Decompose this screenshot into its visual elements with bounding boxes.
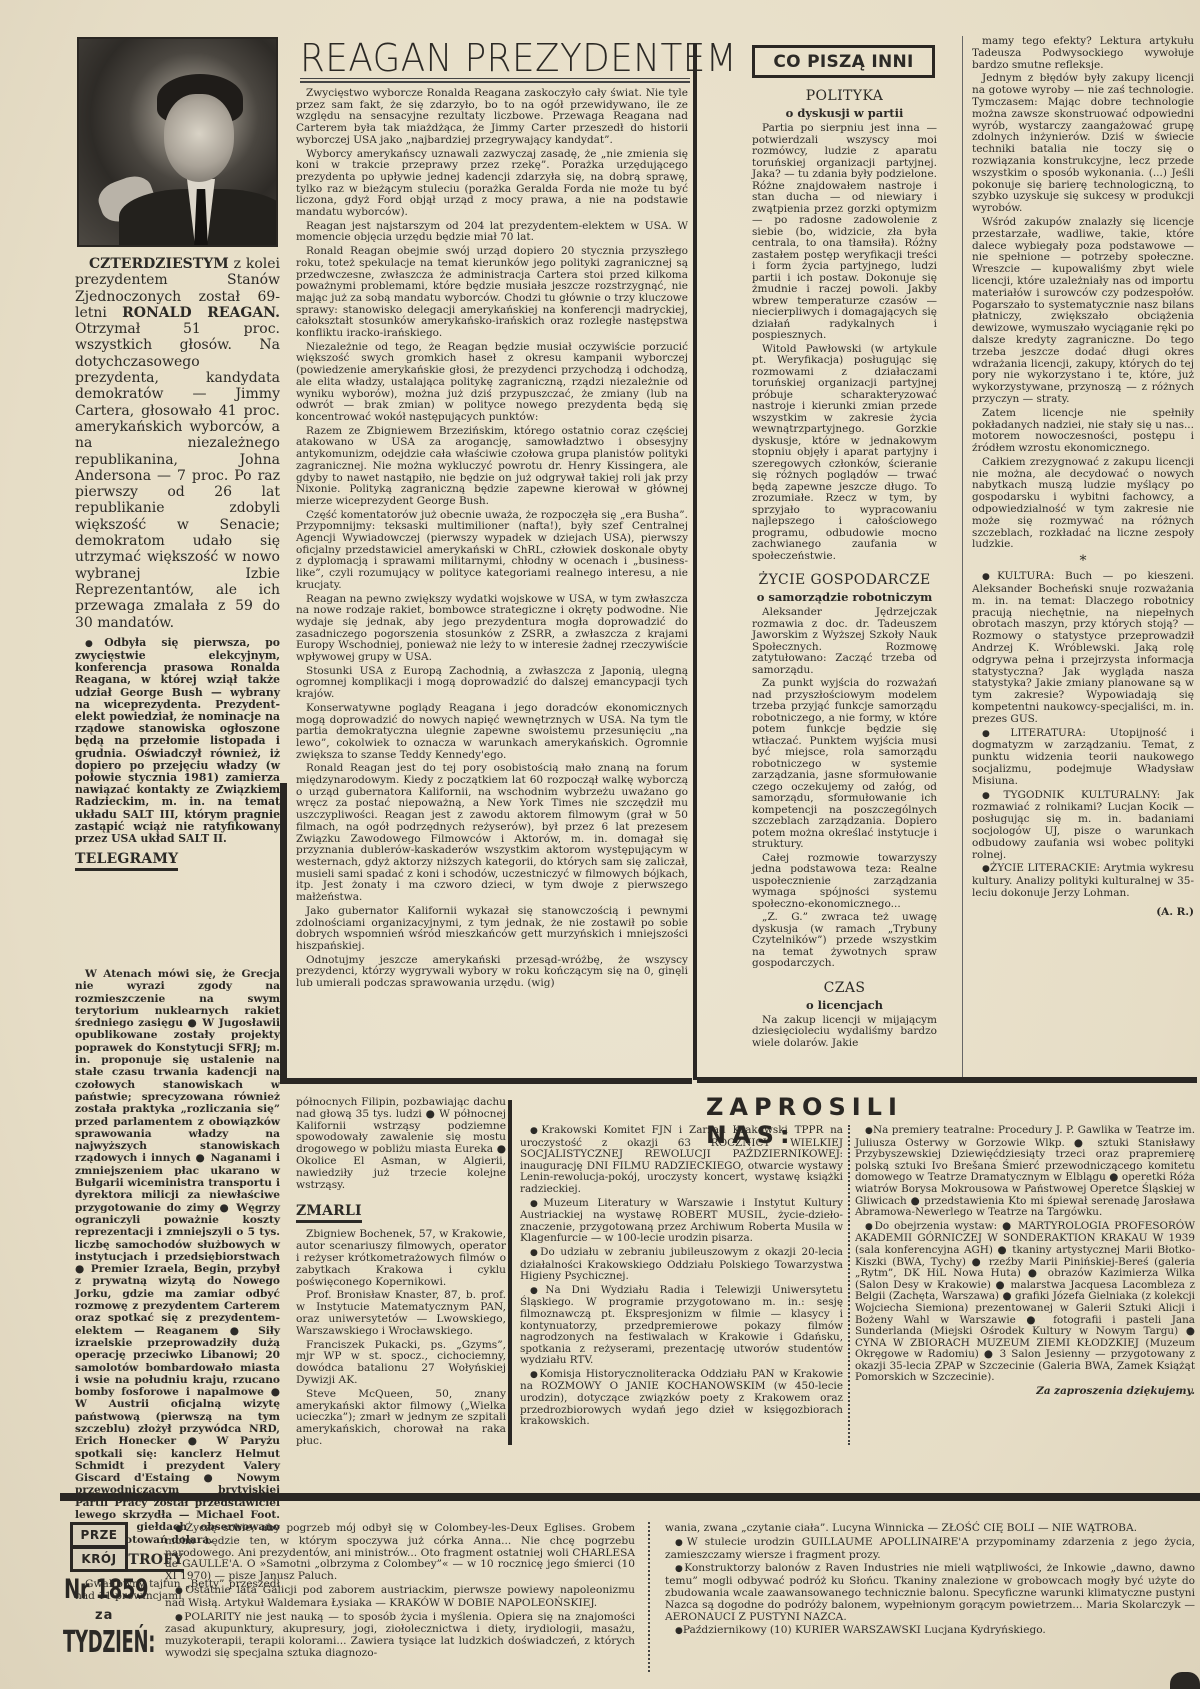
telegramy-heading: TELEGRAMY [75, 851, 178, 871]
issue-item: POLARITY nie jest nauką — to sposób życi… [165, 1612, 635, 1660]
magazine-title: POLITYKA [752, 88, 937, 104]
dotted-divider-bottom [648, 1522, 650, 1672]
review-paragraph: Partia po sierpniu jest inna — potwierdz… [752, 123, 937, 342]
review-paragraph: Jednym z błędów były zakupy licencji na … [972, 73, 1194, 215]
issue-number: Nr 1859 [64, 1574, 129, 1605]
issue-item: Życzę sobie, aby pogrzeb mój odbył się w… [165, 1523, 635, 1583]
magazine-topic: o samorządzie robotniczym [752, 590, 937, 604]
article-box-bottom [280, 1078, 692, 1084]
co-pisza-inni-title: CO PISZĄ INNI [752, 45, 935, 78]
press-note: ŻYCIE LITERACKIE: Arytmia wykresu kultur… [972, 863, 1194, 899]
press-note: TYGODNIK KULTURALNY: Jak rozmawiać z rol… [972, 790, 1194, 862]
obituary-entry: Zbigniew Bochenek, 57, w Krakowie, autor… [296, 1229, 506, 1288]
issue-item: Ostatnie lata Galicji pod zaborem austri… [165, 1585, 635, 1610]
review-paragraph: Całej rozmowie towarzyszy jedna podstawo… [752, 853, 937, 911]
lead-paragraph: CZTERDZIESTYM z kolei prezydentem Stanów… [75, 256, 280, 631]
katastrofy-continued: północnych Filipin, pozbawiając dachu na… [296, 1097, 506, 1191]
article-box-border [280, 783, 287, 1081]
issue-item: W stulecie urodzin GUILLAUME APOLLINAIRE… [665, 1537, 1195, 1562]
article-paragraph: Ronald Reagan jest do tej pory osobistoś… [296, 763, 688, 903]
section-rule [697, 1077, 1197, 1083]
review-paragraph: „Z. G.” zwraca też uwagę dyskusja (w ram… [752, 912, 937, 970]
invitation-item: Krakowski Komitet FJN i Zarząd Krakowski… [520, 1125, 843, 1196]
issue-item: Konstruktorzy balonów z Raven Industries… [665, 1563, 1195, 1623]
left-column: CZTERDZIESTYM z kolei prezydentem Stanów… [75, 256, 280, 877]
article-paragraph: Razem ze Zbigniewem Brzezińskim, którego… [296, 426, 688, 508]
obituary-entry: Steve McQueen, 50, znany amerykański akt… [296, 1389, 506, 1448]
za-label: za [95, 1608, 113, 1623]
zaprosili-thanks: Za zaproszenia dziękujemy. [855, 1386, 1195, 1398]
bottom-section-rule [60, 1493, 1200, 1501]
page-number-mark [1170, 1672, 1200, 1689]
obituary-entry: Franciszek Pukacki, ps. „Gzyms”, mjr WP … [296, 1340, 506, 1387]
zaprosili-column-2: Na premiery teatralne: Procedury J. P. G… [855, 1125, 1195, 1398]
invitation-item: Do obejrzenia wystaw: ● MARTYROLOGIA PRO… [855, 1221, 1195, 1384]
signature: (A. R.) [972, 906, 1194, 918]
review-paragraph: Wśród zakupów znalazły się licencje prze… [972, 217, 1194, 406]
obituary-entry: Prof. Bronisław Knaster, 87, b. prof. w … [296, 1290, 506, 1337]
separator-star: * [972, 553, 1194, 569]
reagan-photo [77, 37, 278, 247]
przekroj-column-1: Życzę sobie, aby pogrzeb mój odbył się w… [165, 1523, 635, 1662]
review-paragraph: Na zakup licencji w mijającym dziesięcio… [752, 1015, 937, 1050]
issue-item: wania, zwana „czytanie ciała”. Lucyna Wi… [665, 1523, 1195, 1535]
issue-item: Październikowy (10) KURIER WARSZAWSKI Lu… [665, 1625, 1195, 1638]
invitation-item: Do udziału w zebraniu jubileuszowym z ok… [520, 1247, 843, 1283]
tydzien-label: TYDZIEŃ: [63, 1625, 155, 1660]
article-paragraph: Zwycięstwo wyborcze Ronalda Reagana zask… [296, 88, 688, 147]
main-article: Zwycięstwo wyborcze Ronalda Reagana zask… [296, 88, 688, 992]
co-pisza-inni-column: POLITYKAo dyskusji w partiiPartia po sie… [752, 84, 937, 1051]
telegramy-column: W Atenach mówi się, że Grecja nie wyrazi… [75, 968, 280, 1605]
article-paragraph: Jako gubernator Kalifornii wykazał się s… [296, 906, 688, 953]
article-paragraph: Ronald Reagan obejmie swój urząd dopiero… [296, 246, 688, 340]
column-divider-thin [962, 36, 963, 1080]
dotted-divider [848, 1125, 850, 1445]
review-paragraph: Całkiem zrezygnować z zakupu licencji ni… [972, 457, 1194, 551]
review-paragraph: mamy tego efekty? Lektura artykułu Tadeu… [972, 36, 1194, 71]
article-paragraph: Niezależnie od tego, że Reagan będzie mu… [296, 342, 688, 424]
press-note: KULTURA: Buch — po kieszeni. Aleksander … [972, 571, 1194, 725]
middle-lower-column: północnych Filipin, pozbawiając dachu na… [296, 1097, 506, 1450]
magazine-topic: o dyskusji w partii [752, 106, 937, 120]
review-paragraph: Aleksander Jędrzejczak rozmawia z doc. d… [752, 607, 937, 676]
invitation-item: Muzeum Literatury w Warszawie i Instytut… [520, 1198, 843, 1245]
headline: REAGAN PREZYDENTEM [300, 36, 662, 80]
magazine-title: CZAS [752, 980, 937, 996]
magazine-title: ŻYCIE GOSPODARCZE [752, 572, 937, 588]
article-paragraph: Część komentatorów już obecnie uważa, że… [296, 510, 688, 592]
article-paragraph: Odnotujmy jeszcze amerykański przesąd-wr… [296, 955, 688, 990]
invitation-item: Komisja Historycznoliteracka Oddziału PA… [520, 1369, 843, 1428]
przekroj-column-2: wania, zwana „czytanie ciała”. Lucyna Wi… [665, 1523, 1195, 1640]
headline-rule [300, 78, 690, 83]
press-note: LITERATURA: Utopijność i dogmatyzm w zar… [972, 728, 1194, 788]
review-paragraph: Za punkt wyjścia do rozważań nad przyszł… [752, 678, 937, 851]
article-paragraph: Konserwatywne poglądy Reagana i jego dor… [296, 703, 688, 762]
review-paragraph: Witold Pawłowski (w artykule pt. Weryfik… [752, 344, 937, 563]
zmarli-heading: ZMARLI [296, 1203, 362, 1223]
article-paragraph: Reagan jest najstarszym od 204 lat prezy… [296, 221, 688, 244]
przekroj-logo: PRZE KRÓJ [70, 1522, 128, 1572]
magazine-topic: o licencjach [752, 998, 937, 1012]
telegramy-text: W Atenach mówi się, że Grecja nie wyrazi… [75, 968, 280, 1546]
article-paragraph: Stosunki USA z Europą Zachodnią, a zwłas… [296, 666, 688, 701]
zaprosili-divider [508, 1100, 512, 1445]
newspaper-page: CZTERDZIESTYM z kolei prezydentem Stanów… [0, 0, 1200, 1689]
article-paragraph: Wyborcy amerykańscy uznawali zazwyczaj z… [296, 149, 688, 219]
invitation-item: Na premiery teatralne: Procedury J. P. G… [855, 1125, 1195, 1219]
column-divider [693, 44, 697, 1080]
conference-note: Odbyła się pierwsza, po zwycięstwie elek… [75, 637, 280, 845]
invitation-item: Na Dni Wydziału Radia i Telewizji Uniwer… [520, 1285, 843, 1367]
review-paragraph: Zatem licencje nie spełniły pokładanych … [972, 408, 1194, 455]
co-pisza-inni-right: mamy tego efekty? Lektura artykułu Tadeu… [972, 36, 1194, 918]
zaprosili-column-1: Krakowski Komitet FJN i Zarząd Krakowski… [520, 1125, 843, 1430]
article-paragraph: Reagan na pewno zwiększy wydatki wojskow… [296, 594, 688, 664]
